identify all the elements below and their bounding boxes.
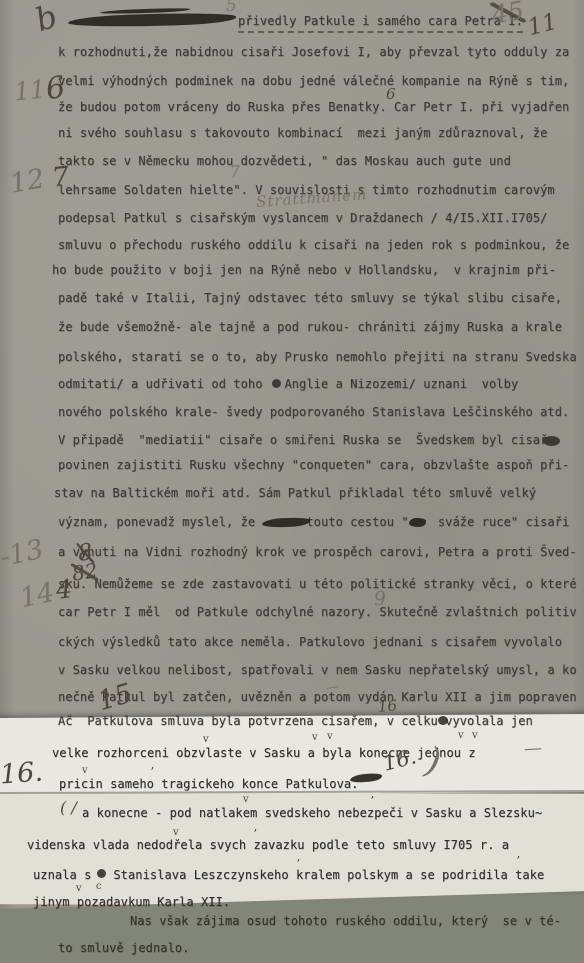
handwritten-annotation: ( / [60, 800, 77, 816]
typed-line: v Sasku velkou nelibost, spatřovali v ne… [58, 663, 577, 678]
typed-line: že budou potom vráceny do Ruska přes Ben… [58, 100, 569, 115]
handwritten-annotation: 82 [71, 560, 99, 583]
handwritten-annotation: 16. [0, 759, 44, 789]
typed-line: to smluvě jednalo. [58, 941, 189, 956]
typed-line: Nas však zájima osud tohoto ruského oddi… [130, 914, 561, 929]
typed-line: že bude všemožně- ale tajně a pod rukou-… [58, 320, 562, 335]
typed-line: sku. Nemůžeme se zde zastavovati u této … [58, 577, 577, 592]
typed-line: velmi výhodných podminek na dobu jedné v… [58, 74, 569, 89]
typed-line: odmitati/ a udřivati od toho Anglie a Ni… [58, 377, 518, 392]
handwritten-annotation: ʼ [253, 828, 257, 840]
handwritten-annotation: 4 [55, 576, 73, 603]
handwritten-annotation: v [243, 795, 249, 805]
ink-blot [543, 436, 560, 446]
typed-line: a konecne - pod natlakem svedskeho nebez… [82, 806, 542, 821]
handwritten-annotation: 5 [226, 0, 237, 15]
handwritten-annotation: v [76, 884, 82, 894]
handwritten-annotation: 45 [490, 0, 526, 28]
typed-line: Ač Patkulova smluva byla potvrzena cisař… [58, 714, 533, 729]
typed-line: uznala s Stanislava Leszczynskeho kralem… [33, 868, 544, 883]
handwritten-annotation: v [173, 828, 179, 838]
ink-blot [97, 869, 106, 878]
typed-line: nečně Patkul byl zatčen, uvězněn a potom… [58, 690, 577, 705]
typed-line: videnska vlada nedodřela svych zavazku p… [27, 838, 509, 853]
typed-line: padě také v Italii, Tajný odstavec této … [58, 291, 562, 306]
handwritten-annotation: c [96, 882, 102, 892]
typed-line: pricin sameho tragickeho konce Patkulova… [59, 777, 359, 792]
handwritten-annotation: ʼ [516, 855, 520, 867]
typed-line: ckých výsledků tato akce neměla. Patkulo… [58, 635, 562, 650]
handwritten-annotation: v [327, 732, 333, 742]
typed-line: takto se v Německu mohou dozvědeti, " da… [58, 154, 511, 169]
typed-line: k rozhodnuti,že nabidnou cisaři Josefovi… [58, 45, 569, 60]
handwritten-annotation: 7 [51, 163, 71, 192]
typed-line: podepsal Patkul s cisařským vyslancem v … [58, 211, 547, 226]
handwritten-annotation: ʼ [150, 766, 154, 778]
handwritten-annotation: 6 [386, 87, 396, 102]
handwritten-annotation: 11 [526, 11, 560, 40]
scanned-document-page: přivedly Patkule i samého cara Petra I.k… [0, 0, 584, 963]
handwritten-annotation: ʼ [296, 858, 300, 870]
handwritten-annotation: 15 [95, 680, 135, 715]
typed-line: smluvu o přechodu ruského oddilu k cisař… [58, 238, 569, 253]
handwritten-annotation: v [203, 735, 209, 745]
handwritten-annotation: v [312, 733, 318, 743]
handwritten-annotation: 14 [18, 579, 57, 613]
ink-scribble [68, 12, 236, 28]
handwritten-annotation: v [472, 731, 478, 741]
handwritten-annotation: 7 [229, 164, 240, 181]
handwritten-annotation: 12 [8, 165, 47, 198]
handwritten-annotation: -13 [0, 536, 46, 571]
handwritten-annotation: 9 [373, 590, 386, 610]
typed-line: ni svého souhlasu s takovouto kombinací … [58, 126, 547, 141]
ink-scribble [350, 772, 383, 783]
typed-line: ho bude použito v boji jen na Rýně nebo … [52, 263, 556, 278]
handwritten-annotation: 16. [381, 746, 418, 774]
typed-line: polského, starati se o to, aby Prusko ne… [58, 350, 577, 365]
typed-line: nového polského krale- švedy podporované… [58, 405, 569, 420]
handwritten-annotation: b [32, 0, 61, 36]
typed-line: V připadě "mediatii" cisaře o smiřeni Ru… [58, 433, 547, 448]
ink-blot [438, 716, 448, 725]
typed-line: stav na Baltickém moři atd. Sám Patkul p… [54, 486, 536, 501]
typed-line: jinym pozadavkum Karla XII. [33, 895, 230, 910]
typed-line: význam, ponevadž myslel, že touto cestou… [58, 515, 569, 530]
handwritten-annotation: 11 [13, 76, 47, 104]
handwritten-annotation: v [82, 766, 88, 776]
typed-line: car Petr I měl od Patkule odchylné nazor… [58, 605, 577, 620]
handwritten-annotation: ʼ [370, 795, 374, 807]
handwritten-annotation: — [524, 740, 543, 759]
typed-line: povinen zajistiti Rusku všechny "conquet… [58, 458, 569, 473]
handwritten-annotation: 16 [377, 698, 397, 715]
ink-blot [272, 379, 281, 388]
handwritten-annotation: v [458, 731, 464, 741]
ink-scribble [409, 518, 426, 528]
typed-line: přivedly Patkule i samého cara Petra I. [238, 14, 523, 33]
handwritten-annotation: 6 [44, 73, 67, 105]
typed-line: a vynuti na Vidni rozhodný krok ve prosp… [58, 545, 577, 560]
handwritten-annotation: — [325, 680, 340, 695]
